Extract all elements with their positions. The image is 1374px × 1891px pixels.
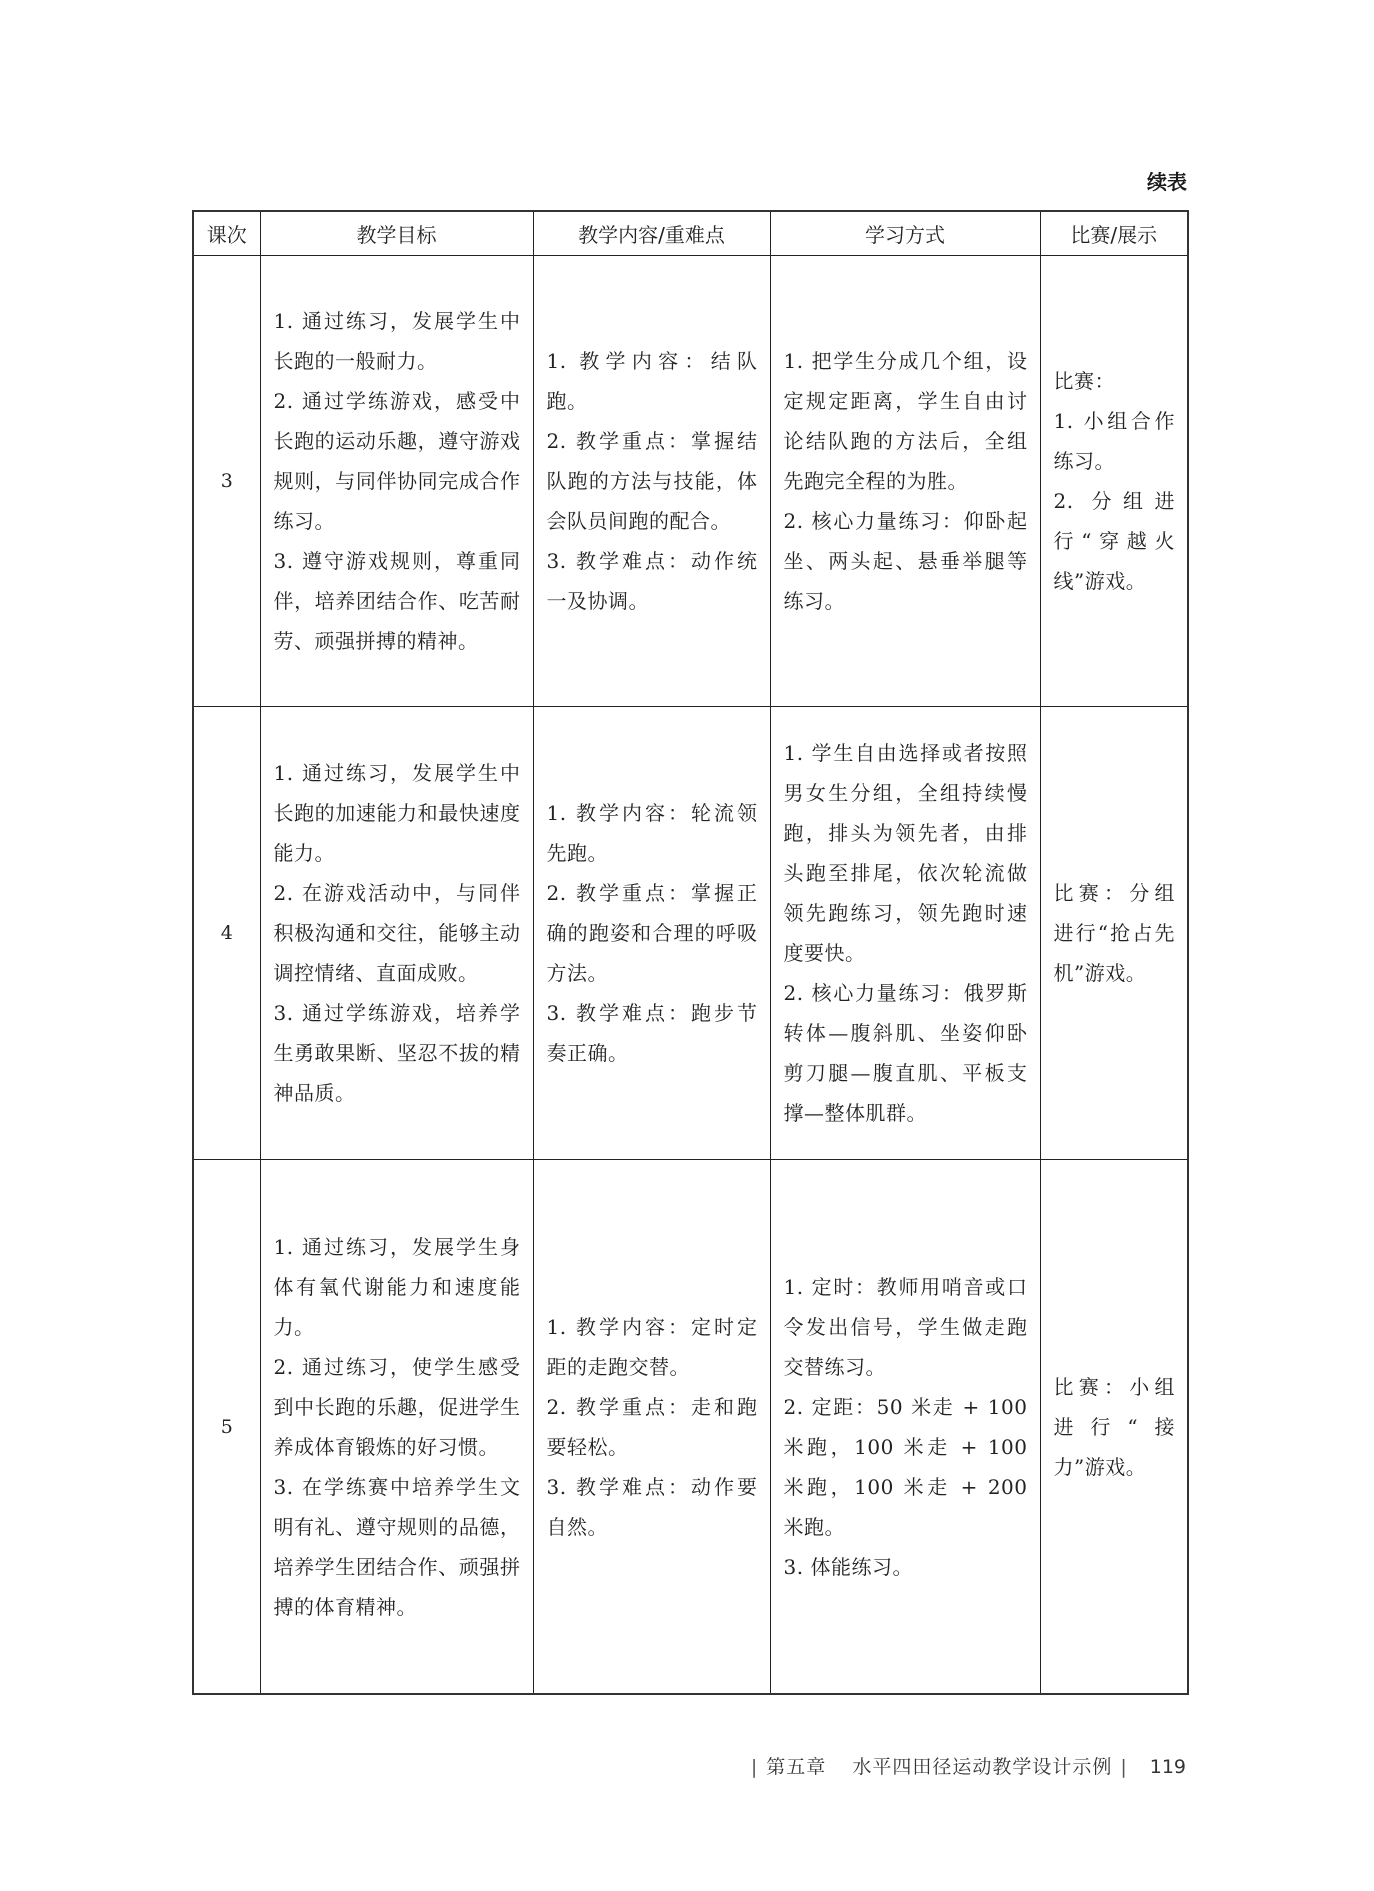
- header-goals: 教学目标: [260, 211, 533, 256]
- content-item: 3. 教学难点：跑步节奏正确。: [547, 993, 758, 1073]
- goal-item: 3. 遵守游戏规则，尊重同伴，培养团结合作、吃苦耐劳、顽强拼搏的精神。: [274, 541, 521, 661]
- goal-item: 2. 在游戏活动中，与同伴积极沟通和交往，能够主动调控情绪、直面成败。: [274, 873, 521, 993]
- content-item: 1. 教学内容：轮流领先跑。: [547, 793, 758, 873]
- table-header-row: 课次 教学目标 教学内容/重难点 学习方式 比赛/展示: [193, 211, 1188, 256]
- competition-cell: 比赛：小组进行“接力”游戏。: [1040, 1160, 1188, 1695]
- table-row: 4 1. 通过练习，发展学生中长跑的加速能力和最快速度能力。 2. 在游戏活动中…: [193, 707, 1188, 1160]
- competition-item: 比赛：: [1054, 361, 1176, 401]
- method-cell: 1. 定时：教师用哨音或口令发出信号，学生做走跑交替练习。 2. 定距：50 米…: [770, 1160, 1040, 1695]
- method-item: 3. 体能练习。: [784, 1547, 1028, 1587]
- lesson-number: 3: [193, 256, 260, 707]
- footer-chapter: 第五章: [766, 1756, 826, 1778]
- goal-item: 1. 通过练习，发展学生身体有氧代谢能力和速度能力。: [274, 1227, 521, 1347]
- goals-cell: 1. 通过练习，发展学生中长跑的一般耐力。 2. 通过学练游戏，感受中长跑的运动…: [260, 256, 533, 707]
- competition-item: 比赛：小组进行“接力”游戏。: [1054, 1367, 1176, 1487]
- lesson-plan-table: 课次 教学目标 教学内容/重难点 学习方式 比赛/展示 3 1. 通过练习，发展…: [192, 210, 1189, 1695]
- competition-item: 比赛：分组进行“抢占先机”游戏。: [1054, 873, 1176, 993]
- competition-item: 2. 分组进行“穿越火线”游戏。: [1054, 481, 1176, 601]
- content-item: 1. 教学内容：结队跑。: [547, 341, 758, 421]
- content-item: 3. 教学难点：动作要自然。: [547, 1467, 758, 1547]
- lesson-number: 5: [193, 1160, 260, 1695]
- content-cell: 1. 教学内容：结队跑。 2. 教学重点：掌握结队跑的方法与技能，体会队员间跑的…: [533, 256, 770, 707]
- table-row: 3 1. 通过练习，发展学生中长跑的一般耐力。 2. 通过学练游戏，感受中长跑的…: [193, 256, 1188, 707]
- page-number: 119: [1150, 1756, 1186, 1778]
- goal-item: 3. 在学练赛中培养学生文明有礼、遵守规则的品德，培养学生团结合作、顽强拼搏的体…: [274, 1467, 521, 1627]
- goal-item: 2. 通过学练游戏，感受中长跑的运动乐趣，遵守游戏规则，与同伴协同完成合作练习。: [274, 381, 521, 541]
- content-cell: 1. 教学内容：轮流领先跑。 2. 教学重点：掌握正确的跑姿和合理的呼吸方法。 …: [533, 707, 770, 1160]
- lesson-number: 4: [193, 707, 260, 1160]
- table-row: 5 1. 通过练习，发展学生身体有氧代谢能力和速度能力。 2. 通过练习，使学生…: [193, 1160, 1188, 1695]
- goal-item: 3. 通过学练游戏，培养学生勇敢果断、坚忍不拔的精神品质。: [274, 993, 521, 1113]
- method-item: 1. 学生自由选择或者按照男女生分组，全组持续慢跑，排头为领先者，由排头跑至排尾…: [784, 733, 1028, 973]
- content-item: 2. 教学重点：掌握正确的跑姿和合理的呼吸方法。: [547, 873, 758, 993]
- competition-item: 1. 小组合作练习。: [1054, 401, 1176, 481]
- continued-table-label: 续表: [1147, 166, 1187, 195]
- header-content: 教学内容/重难点: [533, 211, 770, 256]
- header-competition: 比赛/展示: [1040, 211, 1188, 256]
- method-item: 2. 核心力量练习：仰卧起坐、两头起、悬垂举腿等练习。: [784, 501, 1028, 621]
- content-item: 2. 教学重点：掌握结队跑的方法与技能，体会队员间跑的配合。: [547, 421, 758, 541]
- method-item: 1. 定时：教师用哨音或口令发出信号，学生做走跑交替练习。: [784, 1267, 1028, 1387]
- footer-separator: |: [751, 1756, 758, 1778]
- header-method: 学习方式: [770, 211, 1040, 256]
- competition-cell: 比赛： 1. 小组合作练习。 2. 分组进行“穿越火线”游戏。: [1040, 256, 1188, 707]
- content-item: 3. 教学难点：动作统一及协调。: [547, 541, 758, 621]
- method-cell: 1. 把学生分成几个组，设定规定距离，学生自由讨论结队跑的方法后，全组先跑完全程…: [770, 256, 1040, 707]
- method-cell: 1. 学生自由选择或者按照男女生分组，全组持续慢跑，排头为领先者，由排头跑至排尾…: [770, 707, 1040, 1160]
- method-item: 2. 定距：50 米走 + 100 米跑，100 米走 + 100 米跑，100…: [784, 1387, 1028, 1547]
- goals-cell: 1. 通过练习，发展学生中长跑的加速能力和最快速度能力。 2. 在游戏活动中，与…: [260, 707, 533, 1160]
- footer-title: 水平四田径运动教学设计示例: [852, 1756, 1112, 1778]
- header-lesson: 课次: [193, 211, 260, 256]
- footer-separator: |: [1120, 1756, 1127, 1778]
- content-item: 2. 教学重点：走和跑要轻松。: [547, 1387, 758, 1467]
- goals-cell: 1. 通过练习，发展学生身体有氧代谢能力和速度能力。 2. 通过练习，使学生感受…: [260, 1160, 533, 1695]
- content-item: 1. 教学内容：定时定距的走跑交替。: [547, 1307, 758, 1387]
- goal-item: 2. 通过练习，使学生感受到中长跑的乐趣，促进学生养成体育锻炼的好习惯。: [274, 1347, 521, 1467]
- content-cell: 1. 教学内容：定时定距的走跑交替。 2. 教学重点：走和跑要轻松。 3. 教学…: [533, 1160, 770, 1695]
- method-item: 1. 把学生分成几个组，设定规定距离，学生自由讨论结队跑的方法后，全组先跑完全程…: [784, 341, 1028, 501]
- goal-item: 1. 通过练习，发展学生中长跑的加速能力和最快速度能力。: [274, 753, 521, 873]
- competition-cell: 比赛：分组进行“抢占先机”游戏。: [1040, 707, 1188, 1160]
- method-item: 2. 核心力量练习：俄罗斯转体—腹斜肌、坐姿仰卧剪刀腿—腹直肌、平板支撑—整体肌…: [784, 973, 1028, 1133]
- page-footer: |第五章水平四田径运动教学设计示例|119: [743, 1752, 1186, 1779]
- goal-item: 1. 通过练习，发展学生中长跑的一般耐力。: [274, 301, 521, 381]
